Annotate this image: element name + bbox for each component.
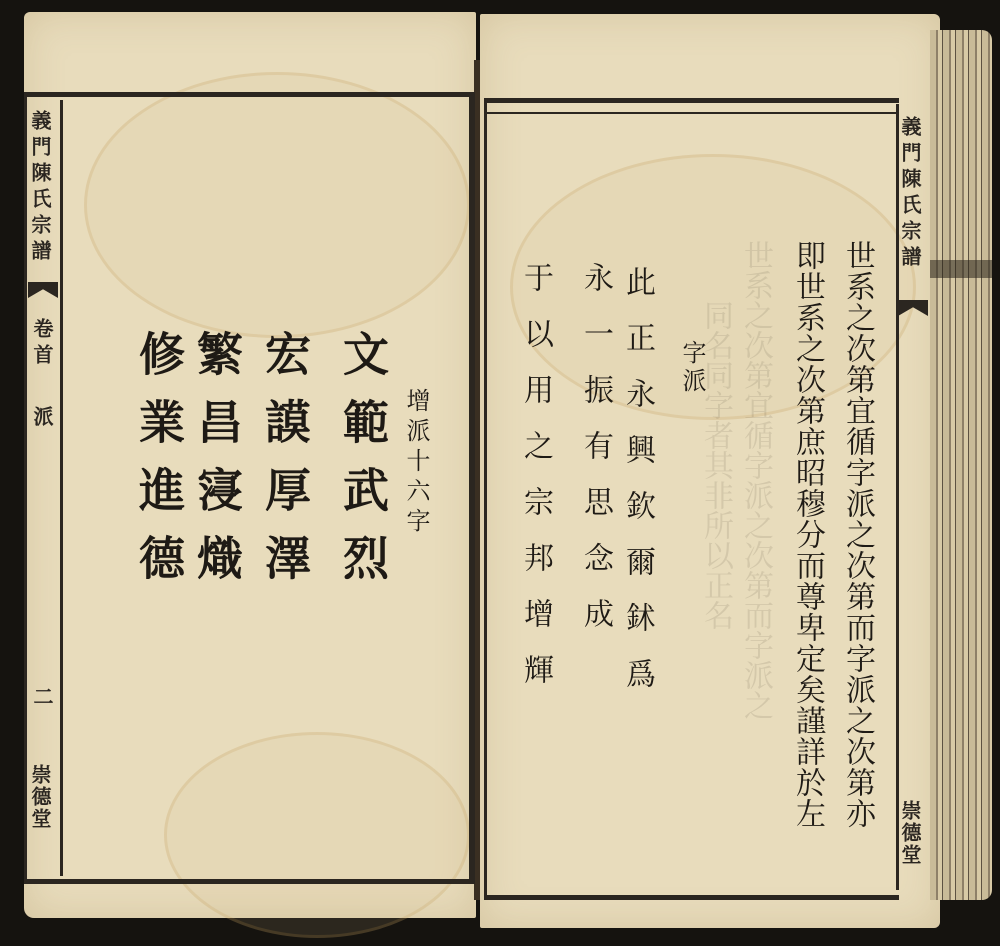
left-page-number: 二 — [32, 686, 52, 712]
right-margin-title: 義門陳氏宗譜 — [900, 116, 920, 272]
generation-column-3: 于以用之宗邦增輝 — [520, 262, 550, 710]
char-column-4: 修業進德 — [136, 330, 182, 602]
left-heading: 增派十六字 — [404, 388, 428, 538]
char-column-1: 文範武烈 — [340, 330, 386, 602]
left-margin-section: 卷首 — [32, 318, 52, 370]
left-margin-subsection: 派 — [32, 406, 52, 432]
section-label: 字派 — [680, 340, 704, 396]
page-edges — [930, 30, 992, 900]
inner-rule — [486, 112, 896, 114]
text-column-1: 世系之次第宜循字派之次第而字派之次第亦 — [842, 240, 872, 829]
char-column-2: 宏謨厚澤 — [262, 330, 308, 602]
generation-column-2: 永一振有思念成 — [580, 262, 610, 654]
open-book: 義門陳氏宗譜 卷首 派 二 崇德堂 增派十六字 文範武烈 宏謨厚澤 繁昌寖熾 修… — [0, 0, 1000, 946]
char-column-3: 繁昌寖熾 — [194, 330, 240, 602]
text-column-2: 即世系之次第庶昭穆分而尊卑定矣謹詳於左 — [792, 240, 822, 829]
bleed-through-text: 世系之次第宜循字派之次第而字派之 — [740, 240, 770, 720]
right-hall-name: 崇德堂 — [900, 800, 920, 866]
page-edges-shadow — [930, 260, 992, 278]
left-hall-name: 崇德堂 — [30, 764, 50, 830]
left-margin-title: 義門陳氏宗譜 — [30, 110, 50, 266]
generation-column-1: 此正永興欽爾鉥爲 — [622, 266, 652, 714]
